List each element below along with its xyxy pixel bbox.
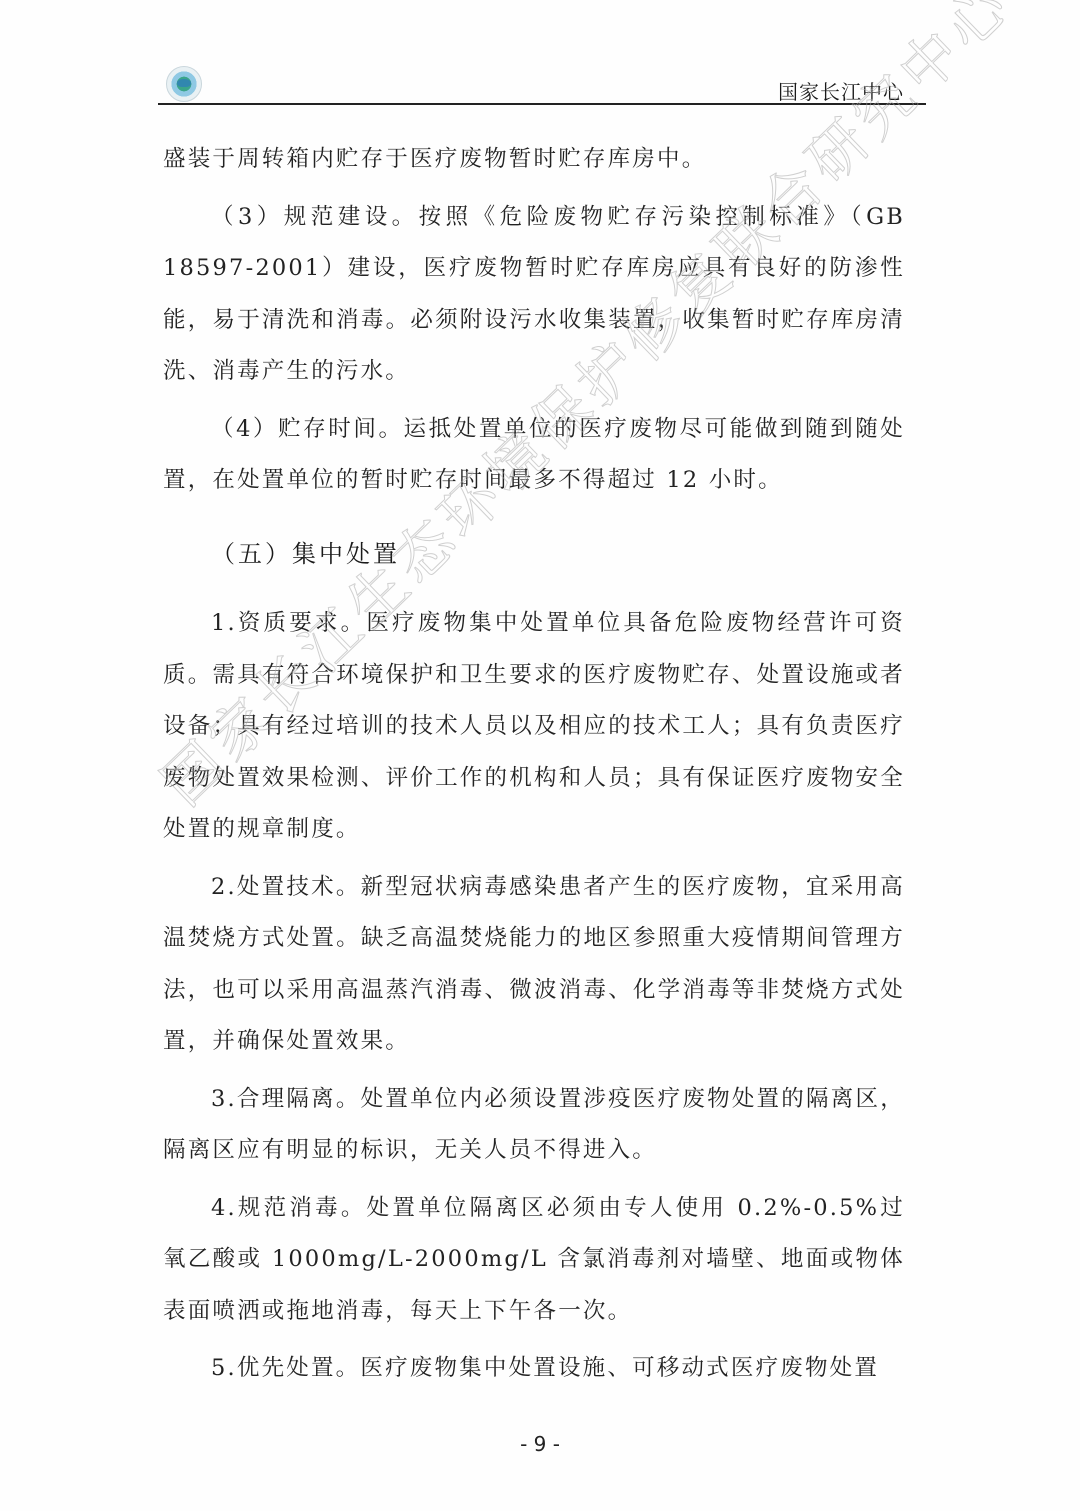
paragraph-disposal-technology: 2.处置技术。新型冠状病毒感染患者产生的医疗废物，宜采用高温焚烧方式处置。缺乏高… bbox=[163, 862, 905, 1068]
paragraph-continuation: 盛装于周转箱内贮存于医疗废物暂时贮存库房中。 bbox=[163, 134, 905, 186]
page-number: - 9 - bbox=[0, 1432, 1080, 1456]
paragraph-isolation: 3.合理隔离。处置单位内必须设置涉疫医疗废物处置的隔离区，隔离区应有明显的标识，… bbox=[163, 1074, 905, 1177]
document-body: 盛装于周转箱内贮存于医疗废物暂时贮存库房中。 （3）规范建设。按照《危险废物贮存… bbox=[163, 134, 905, 1395]
header-divider bbox=[158, 103, 926, 105]
paragraph-priority-disposal: 5.优先处置。医疗废物集中处置设施、可移动式医疗废物处置 bbox=[163, 1343, 905, 1395]
paragraph-qualification: 1.资质要求。医疗废物集中处置单位具备危险废物经营许可资质。需具有符合环境保护和… bbox=[163, 598, 905, 856]
paragraph-disinfection: 4.规范消毒。处置单位隔离区必须由专人使用 0.2%-0.5%过氧乙酸或 100… bbox=[163, 1183, 905, 1338]
paragraph-storage-time: （4）贮存时间。运抵处置单位的医疗废物尽可能做到随到随处置，在处置单位的暂时贮存… bbox=[163, 404, 905, 507]
section-heading: （五）集中处置 bbox=[163, 529, 905, 581]
page-header: 国家长江中心 bbox=[158, 64, 926, 106]
organization-logo-icon bbox=[166, 66, 202, 102]
header-title: 国家长江中心 bbox=[778, 76, 904, 105]
document-page: 国家长江中心 盛装于周转箱内贮存于医疗废物暂时贮存库房中。 （3）规范建设。按照… bbox=[0, 0, 1080, 1511]
paragraph-standard-construction: （3）规范建设。按照《危险废物贮存污染控制标准》（GB 18597-2001）建… bbox=[163, 192, 905, 398]
